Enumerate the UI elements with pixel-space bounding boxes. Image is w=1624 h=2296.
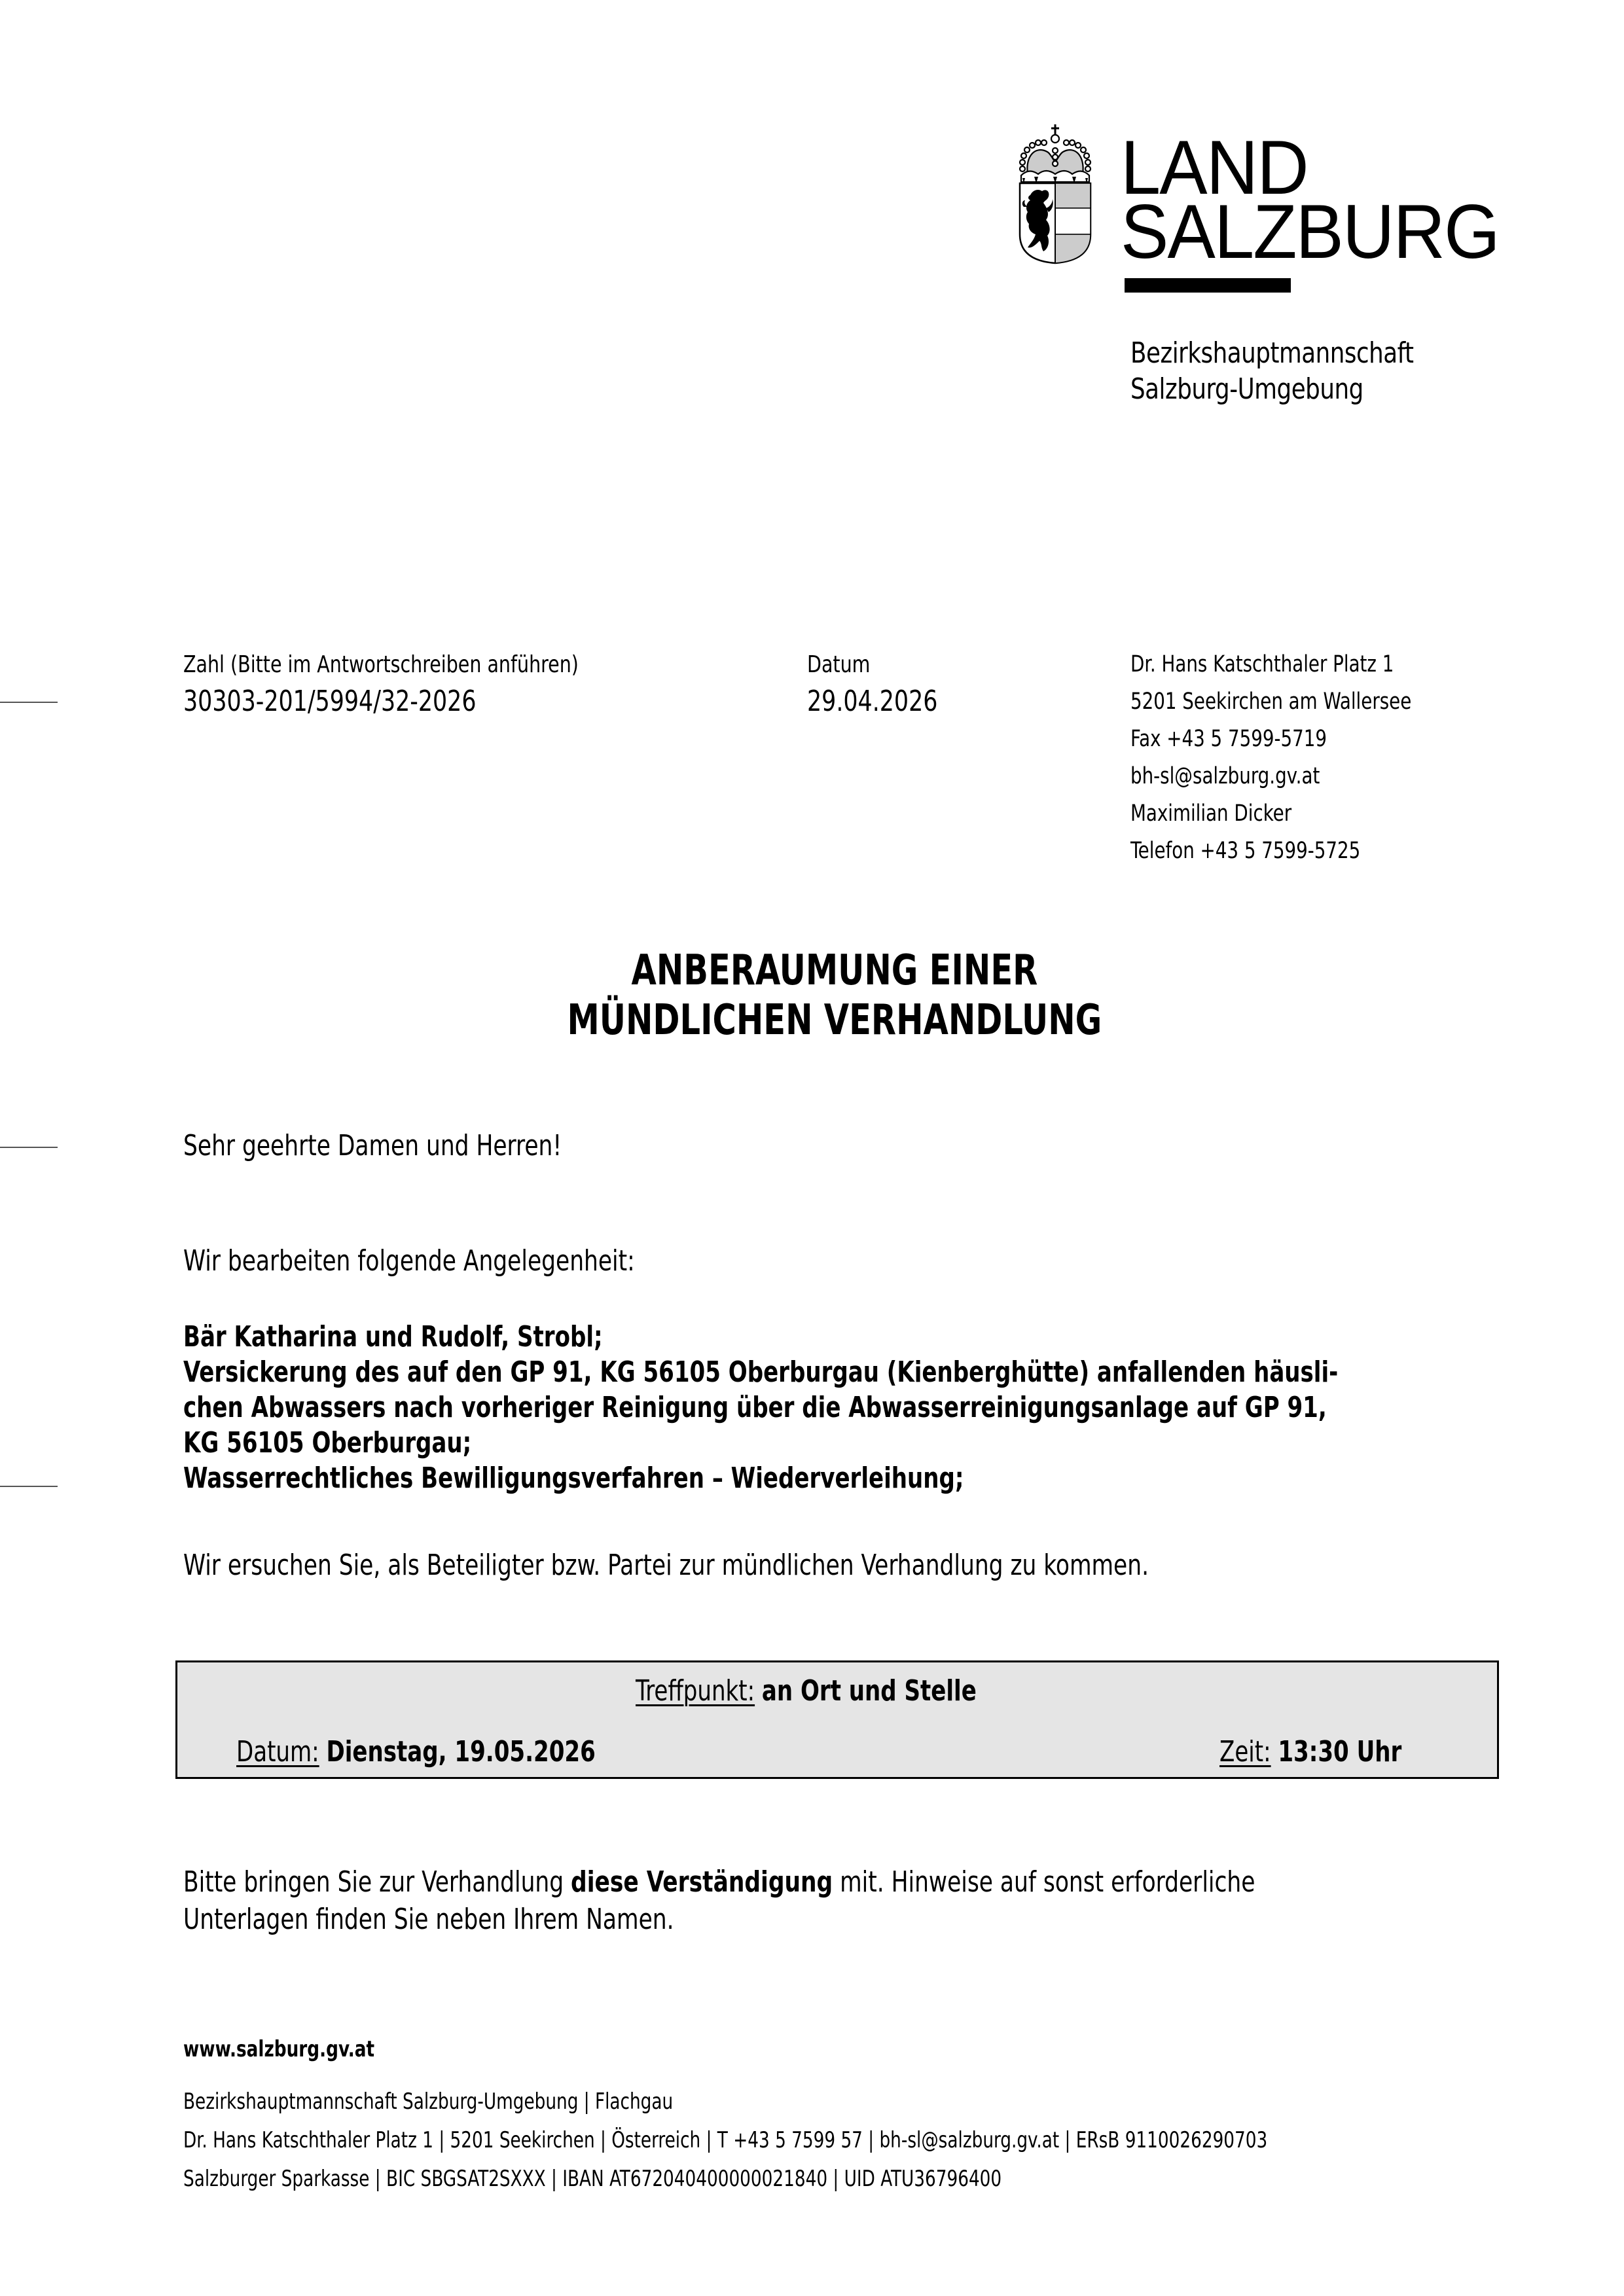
meeting-place-label: Treffpunkt: <box>636 1674 755 1708</box>
greeting: Sehr geehrte Damen und Herren! <box>183 1132 562 1160</box>
footer-office: Bezirkshauptmannschaft Salzburg-Umgebung… <box>183 2090 673 2113</box>
meeting-time-value: 13:30 Uhr <box>1278 1735 1401 1768</box>
date-label: Datum <box>807 653 870 677</box>
meeting-date-value: Dienstag, 19.05.2026 <box>326 1735 595 1768</box>
meeting-time: Zeit: 13:30 Uhr <box>1219 1738 1401 1767</box>
fold-mark-bottom <box>0 1486 58 1487</box>
meeting-date: Datum: Dienstag, 19.05.2026 <box>236 1738 596 1767</box>
reference-number: 30303-201/5994/32-2026 <box>183 687 476 716</box>
bring-notice: Bitte bringen Sie zur Verhandlung diese … <box>183 1863 1499 1938</box>
subject-line: Versickerung des auf den GP 91, KG 56105… <box>183 1355 1315 1390</box>
address-fax: Fax +43 5 7599-5719 <box>1130 728 1327 751</box>
request-text: Wir ersuchen Sie, als Beteiligter bzw. P… <box>183 1551 1149 1580</box>
meeting-date-label: Datum: <box>236 1735 319 1768</box>
title-line1: ANBERAUMUNG EINER <box>632 946 1038 996</box>
logo-bar <box>1125 278 1291 293</box>
address-phone: Telefon +43 5 7599-5725 <box>1130 840 1360 863</box>
footer-bank: Salzburger Sparkasse | BIC SBGSAT2SXXX |… <box>183 2168 1001 2190</box>
subject-line: KG 56105 Oberburgau; <box>183 1426 1315 1461</box>
subject-applicant: Bär Katharina und Rudolf, Strobl; <box>183 1319 1315 1355</box>
fold-mark-top <box>0 702 58 703</box>
address-contact-person: Maximilian Dicker <box>1130 802 1291 825</box>
note-emphasis: diese Verständigung <box>571 1865 833 1899</box>
address-street: Dr. Hans Katschthaler Platz 1 <box>1130 653 1394 676</box>
intro-text: Wir bearbeiten folgende Angelegenheit: <box>183 1247 635 1276</box>
note-text: mit. Hinweise auf sonst erforderliche <box>833 1865 1255 1899</box>
subject-line: chen Abwassers nach vorheriger Reinigung… <box>183 1390 1315 1426</box>
office-name-line2: Salzburg-Umgebung <box>1130 371 1414 407</box>
bring-notice-line1: Bitte bringen Sie zur Verhandlung diese … <box>183 1863 1328 1901</box>
logo-text-salzburg: SALZBURG <box>1121 193 1499 270</box>
reference-number-label: Zahl (Bitte im Antwortschreiben anführen… <box>183 653 579 677</box>
meeting-place-value: an Ort und Stelle <box>762 1674 977 1708</box>
bring-notice-line2: Unterlagen finden Sie neben Ihrem Namen. <box>183 1901 1328 1938</box>
subject-procedure: Wasserrechtliches Bewilligungsverfahren … <box>183 1461 1315 1496</box>
subject-block: Bär Katharina und Rudolf, Strobl; Versic… <box>183 1319 1499 1496</box>
note-text: Bitte bringen Sie zur Verhandlung <box>183 1865 571 1899</box>
office-name: Bezirkshauptmannschaft Salzburg-Umgebung <box>1130 335 1445 407</box>
meeting-place: Treffpunkt: an Ort und Stelle <box>636 1677 977 1706</box>
address-email[interactable]: bh-sl@salzburg.gv.at <box>1130 765 1320 788</box>
meeting-time-label: Zeit: <box>1219 1735 1271 1768</box>
footer-contact: Dr. Hans Katschthaler Platz 1 | 5201 See… <box>183 2129 1267 2151</box>
footer-website-link[interactable]: www.salzburg.gv.at <box>183 2036 374 2062</box>
document-title: ANBERAUMUNG EINER MÜNDLICHEN VERHANDLUNG <box>0 946 1624 1045</box>
fold-mark-middle <box>0 1147 58 1148</box>
office-name-line1: Bezirkshauptmannschaft <box>1130 335 1414 371</box>
letter-date: 29.04.2026 <box>807 687 937 716</box>
title-line2: MÜNDLICHEN VERHANDLUNG <box>568 996 1102 1045</box>
meeting-details-box: Treffpunkt: an Ort und Stelle Datum: Die… <box>175 1660 1499 1779</box>
salzburg-coat-of-arms-icon <box>1016 123 1094 264</box>
address-city: 5201 Seekirchen am Wallersee <box>1130 691 1411 713</box>
